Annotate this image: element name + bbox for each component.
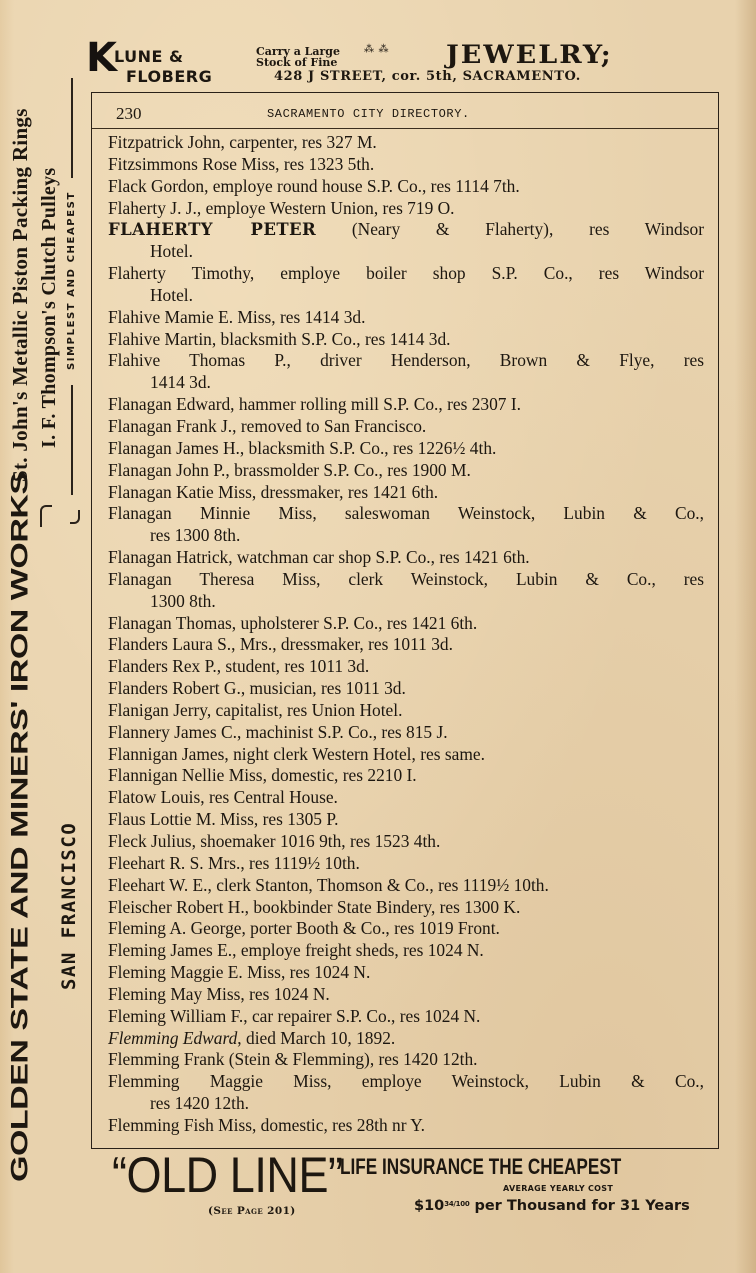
directory-entry-list: Fitzpatrick John, carpenter, res 327 M.F…: [108, 132, 708, 1137]
entry-text: Fitzsimmons Rose Miss, res 1323 5th.: [108, 154, 374, 174]
entry-text: Fleming Maggie E. Miss, res 1024 N.: [108, 962, 370, 982]
entry-text: Flanagan Frank J., removed to San Franci…: [108, 416, 426, 436]
directory-entry: Fleming A. George, porter Booth & Co., r…: [108, 918, 708, 940]
directory-entry: Flanagan Theresa Miss, clerk Weinstock, …: [108, 569, 708, 613]
directory-entry: Flanders Robert G., musician, res 1011 3…: [108, 678, 708, 700]
entry-line: Flahive Martin, blacksmith S.P. Co., res…: [108, 329, 451, 349]
entry-text: Flemming Frank (Stein & Flemming), res 1…: [108, 1049, 478, 1069]
entry-line: Flanders Laura S., Mrs., dressmaker, res…: [108, 634, 453, 654]
side-ad-iron-works: GOLDEN STATE AND MINERS' IRON WORKS: [6, 472, 34, 1182]
directory-entry: Flahive Martin, blacksmith S.P. Co., res…: [108, 329, 708, 351]
directory-entry: Fleming Maggie E. Miss, res 1024 N.: [108, 962, 708, 984]
directory-entry: Flannery James C., machinist S.P. Co., r…: [108, 722, 708, 744]
entry-text: Flanagan Thomas, upholsterer S.P. Co., r…: [108, 613, 477, 633]
entry-line: Flahive Thomas P., driver Henderson, Bro…: [108, 350, 704, 372]
entry-italic-name: Flemming Edward: [108, 1028, 237, 1048]
entry-text: Flaherty Timothy, employe boiler shop S.…: [108, 263, 704, 283]
side-ad-city: SAN FRANCISCO: [58, 822, 80, 990]
entry-text: Fleming James E., employe freight sheds,…: [108, 940, 484, 960]
entry-text: Flanagan Katie Miss, dressmaker, res 142…: [108, 482, 438, 502]
entry-text: Flaus Lottie M. Miss, res 1305 P.: [108, 809, 338, 829]
ad-address: 428 J STREET, cor. 5th, SACRAMENTO.: [274, 69, 581, 84]
directory-entry: Flanagan Frank J., removed to San Franci…: [108, 416, 708, 438]
entry-line: Fitzpatrick John, carpenter, res 327 M.: [108, 132, 377, 152]
page-header: 230 SACRAMENTO CITY DIRECTORY.: [92, 93, 718, 129]
entry-text: Flanders Laura S., Mrs., dressmaker, res…: [108, 634, 453, 654]
entry-line: Flanders Robert G., musician, res 1011 3…: [108, 678, 406, 698]
directory-entry: Fleming James E., employe freight sheds,…: [108, 940, 708, 962]
ad-price-rest: per Thousand for 31 Years: [469, 1198, 689, 1214]
directory-entry: Flemming Fish Miss, domestic, res 28th n…: [108, 1115, 708, 1137]
entry-line: Flack Gordon, employe round house S.P. C…: [108, 176, 520, 196]
entry-line: Fitzsimmons Rose Miss, res 1323 5th.: [108, 154, 374, 174]
entry-line: Flaherty J. J., employe Western Union, r…: [108, 198, 455, 218]
entry-line: Fleming May Miss, res 1024 N.: [108, 984, 330, 1004]
entry-text: (Neary & Flaherty), res Windsor: [316, 219, 704, 239]
entry-text: Flannery James C., machinist S.P. Co., r…: [108, 722, 448, 742]
ad-life-insurance: LIFE INSURANCE THE CHEAPEST: [340, 1154, 621, 1180]
entry-continuation: Hotel.: [108, 241, 708, 263]
page-number: 230: [116, 104, 142, 124]
side-ad-rule: [71, 385, 73, 495]
entry-text: Fleck Julius, shoemaker 1016 9th, res 15…: [108, 831, 440, 851]
entry-text: Flanigan Jerry, capitalist, res Union Ho…: [108, 700, 402, 720]
entry-text: Fleehart R. S. Mrs., res 1119½ 10th.: [108, 853, 360, 873]
entry-text: Fleming May Miss, res 1024 N.: [108, 984, 330, 1004]
directory-entry: Fleehart W. E., clerk Stanton, Thomson &…: [108, 875, 708, 897]
ad-klune-name: LUNE &: [114, 47, 183, 66]
ad-stock-text: Stock of Fine: [256, 57, 337, 68]
entry-continuation: 1414 3d.: [108, 372, 708, 394]
entry-text: Flemming Fish Miss, domestic, res 28th n…: [108, 1115, 425, 1135]
top-advertisement: K LUNE & FLOBERG Carry a Large Stock of …: [82, 44, 722, 90]
entry-line: Flanagan James H., blacksmith S.P. Co., …: [108, 438, 496, 458]
ad-price: $1034/100 per Thousand for 31 Years: [414, 1198, 690, 1214]
directory-entry: Fleming May Miss, res 1024 N.: [108, 984, 708, 1006]
directory-entry: Flaherty J. J., employe Western Union, r…: [108, 198, 708, 220]
ornament-stars-icon: ⁂ ⁂: [364, 44, 390, 55]
entry-line: Flemming Edward, died March 10, 1892.: [108, 1028, 395, 1048]
entry-line: Fleischer Robert H., bookbinder State Bi…: [108, 897, 520, 917]
entry-line: Flanagan Hatrick, watchman car shop S.P.…: [108, 547, 530, 567]
entry-line: Fleming James E., employe freight sheds,…: [108, 940, 484, 960]
entry-line: Flaherty Timothy, employe boiler shop S.…: [108, 263, 704, 285]
entry-text: Fleming A. George, porter Booth & Co., r…: [108, 918, 500, 938]
entry-text: Flahive Thomas P., driver Henderson, Bro…: [108, 350, 704, 370]
directory-entry: Fleming William F., car repairer S.P. Co…: [108, 1006, 708, 1028]
entry-text: Flanagan Hatrick, watchman car shop S.P.…: [108, 547, 530, 567]
entry-line: Fleehart W. E., clerk Stanton, Thomson &…: [108, 875, 549, 895]
directory-entry: Flahive Mamie E. Miss, res 1414 3d.: [108, 307, 708, 329]
directory-entry: Flanagan John P., brassmolder S.P. Co., …: [108, 460, 708, 482]
side-ad-packing-rings: St. John's Metallic Piston Packing Rings: [8, 108, 33, 482]
entry-text: Fleehart W. E., clerk Stanton, Thomson &…: [108, 875, 549, 895]
entry-line: Flemming Maggie Miss, employe Weinstock,…: [108, 1071, 704, 1093]
entry-text: Fleming William F., car repairer S.P. Co…: [108, 1006, 480, 1026]
entry-text: Flannigan James, night clerk Western Hot…: [108, 744, 485, 764]
ad-price-fraction: 34/100: [444, 1200, 469, 1208]
entry-line: Flanagan John P., brassmolder S.P. Co., …: [108, 460, 471, 480]
entry-text: Fleischer Robert H., bookbinder State Bi…: [108, 897, 520, 917]
entry-text: Flack Gordon, employe round house S.P. C…: [108, 176, 520, 196]
entry-line: Flahive Mamie E. Miss, res 1414 3d.: [108, 307, 365, 327]
ad-price-whole: $10: [414, 1198, 444, 1214]
directory-entry: FLAHERTY PETER (Neary & Flaherty), res W…: [108, 219, 708, 263]
directory-entry: Flanders Rex P., student, res 1011 3d.: [108, 656, 708, 678]
entry-line: Fleming A. George, porter Booth & Co., r…: [108, 918, 500, 938]
brace-ornament-icon: [70, 510, 80, 524]
side-ad-rule: [71, 78, 73, 178]
directory-entry: Flanigan Jerry, capitalist, res Union Ho…: [108, 700, 708, 722]
directory-entry: Flanagan Katie Miss, dressmaker, res 142…: [108, 482, 708, 504]
entry-continuation: Hotel.: [108, 285, 708, 307]
entry-line: Flatow Louis, res Central House.: [108, 787, 338, 807]
directory-entry: Flemming Edward, died March 10, 1892.: [108, 1028, 708, 1050]
entry-line: Flannigan James, night clerk Western Hot…: [108, 744, 485, 764]
ad-average-cost-label: AVERAGE YEARLY COST: [503, 1184, 613, 1193]
side-ad-simplest: SIMPLEST AND CHEAPEST: [66, 191, 77, 370]
ad-floberg-name: FLOBERG: [126, 67, 212, 86]
directory-entry: Fitzpatrick John, carpenter, res 327 M.: [108, 132, 708, 154]
directory-entry: Flemming Frank (Stein & Flemming), res 1…: [108, 1049, 708, 1071]
entry-text: Flanders Robert G., musician, res 1011 3…: [108, 678, 406, 698]
entry-text: Flanagan Edward, hammer rolling mill S.P…: [108, 394, 521, 414]
entry-line: Fleming Maggie E. Miss, res 1024 N.: [108, 962, 370, 982]
directory-entry: Flemming Maggie Miss, employe Weinstock,…: [108, 1071, 708, 1115]
entry-continuation: 1300 8th.: [108, 591, 708, 613]
directory-entry: Flanagan Thomas, upholsterer S.P. Co., r…: [108, 613, 708, 635]
entry-line: Fleehart R. S. Mrs., res 1119½ 10th.: [108, 853, 360, 873]
entry-line: Flanagan Edward, hammer rolling mill S.P…: [108, 394, 521, 414]
entry-text: Flanagan James H., blacksmith S.P. Co., …: [108, 438, 496, 458]
entry-line: Flanagan Thomas, upholsterer S.P. Co., r…: [108, 613, 477, 633]
entry-line: Flanders Rex P., student, res 1011 3d.: [108, 656, 369, 676]
entry-text: Fitzpatrick John, carpenter, res 327 M.: [108, 132, 377, 152]
directory-entry: Flaus Lottie M. Miss, res 1305 P.: [108, 809, 708, 831]
directory-entry: Flack Gordon, employe round house S.P. C…: [108, 176, 708, 198]
entry-continuation: res 1300 8th.: [108, 525, 708, 547]
brace-ornament-icon: [40, 505, 52, 527]
entry-line: Fleck Julius, shoemaker 1016 9th, res 15…: [108, 831, 440, 851]
directory-entry: Flannigan Nellie Miss, domestic, res 221…: [108, 765, 708, 787]
entry-line: Flaus Lottie M. Miss, res 1305 P.: [108, 809, 338, 829]
bottom-advertisement: “OLD LINE” (See Page 201) LIFE INSURANCE…: [90, 1152, 730, 1222]
page-title: SACRAMENTO CITY DIRECTORY.: [267, 107, 470, 121]
entry-line: Flanagan Frank J., removed to San Franci…: [108, 416, 426, 436]
directory-entry: Fleck Julius, shoemaker 1016 9th, res 15…: [108, 831, 708, 853]
entry-continuation: res 1420 12th.: [108, 1093, 708, 1115]
directory-page: 230 SACRAMENTO CITY DIRECTORY. Fitzpatri…: [91, 92, 719, 1149]
directory-entry: Flanders Laura S., Mrs., dressmaker, res…: [108, 634, 708, 656]
directory-entry: Flanagan Minnie Miss, saleswoman Weinsto…: [108, 503, 708, 547]
entry-text: Flatow Louis, res Central House.: [108, 787, 338, 807]
entry-line: Flanagan Katie Miss, dressmaker, res 142…: [108, 482, 438, 502]
entry-text: Flemming Maggie Miss, employe Weinstock,…: [108, 1071, 704, 1091]
entry-text: Flahive Mamie E. Miss, res 1414 3d.: [108, 307, 365, 327]
side-ad-clutch-pulleys: I. F. Thompson's Clutch Pulleys: [38, 168, 61, 449]
directory-entry: Fleehart R. S. Mrs., res 1119½ 10th.: [108, 853, 708, 875]
entry-line: Fleming William F., car repairer S.P. Co…: [108, 1006, 480, 1026]
entry-line: FLAHERTY PETER (Neary & Flaherty), res W…: [108, 219, 704, 241]
entry-text: Flanders Rex P., student, res 1011 3d.: [108, 656, 369, 676]
ad-jewelry-headline: JEWELRY;: [446, 40, 613, 69]
directory-entry: Flanagan James H., blacksmith S.P. Co., …: [108, 438, 708, 460]
directory-entry: Flahive Thomas P., driver Henderson, Bro…: [108, 350, 708, 394]
directory-entry: Flanagan Hatrick, watchman car shop S.P.…: [108, 547, 708, 569]
side-advertisement: St. John's Metallic Piston Packing Rings…: [0, 0, 92, 1273]
entry-text: , died March 10, 1892.: [237, 1028, 395, 1048]
entry-text: Flaherty J. J., employe Western Union, r…: [108, 198, 455, 218]
entry-line: Flemming Frank (Stein & Flemming), res 1…: [108, 1049, 478, 1069]
directory-entry: Flatow Louis, res Central House.: [108, 787, 708, 809]
entry-bold-name: FLAHERTY PETER: [108, 220, 316, 239]
directory-entry: Flanagan Edward, hammer rolling mill S.P…: [108, 394, 708, 416]
entry-text: Flanagan Minnie Miss, saleswoman Weinsto…: [108, 503, 704, 523]
entry-line: Flanagan Minnie Miss, saleswoman Weinsto…: [108, 503, 704, 525]
entry-text: Flanagan John P., brassmolder S.P. Co., …: [108, 460, 471, 480]
ad-old-line-headline: “OLD LINE”: [112, 1148, 343, 1202]
entry-line: Flannery James C., machinist S.P. Co., r…: [108, 722, 448, 742]
directory-entry: Flannigan James, night clerk Western Hot…: [108, 744, 708, 766]
directory-entry: Fleischer Robert H., bookbinder State Bi…: [108, 897, 708, 919]
entry-line: Flanigan Jerry, capitalist, res Union Ho…: [108, 700, 402, 720]
entry-line: Flannigan Nellie Miss, domestic, res 221…: [108, 765, 417, 785]
directory-entry: Flaherty Timothy, employe boiler shop S.…: [108, 263, 708, 307]
ad-see-page-link: (See Page 201): [208, 1205, 296, 1217]
entry-line: Flanagan Theresa Miss, clerk Weinstock, …: [108, 569, 704, 591]
entry-text: Flanagan Theresa Miss, clerk Weinstock, …: [108, 569, 704, 589]
directory-entry: Fitzsimmons Rose Miss, res 1323 5th.: [108, 154, 708, 176]
entry-line: Flemming Fish Miss, domestic, res 28th n…: [108, 1115, 425, 1135]
entry-text: Flahive Martin, blacksmith S.P. Co., res…: [108, 329, 451, 349]
entry-text: Flannigan Nellie Miss, domestic, res 221…: [108, 765, 417, 785]
